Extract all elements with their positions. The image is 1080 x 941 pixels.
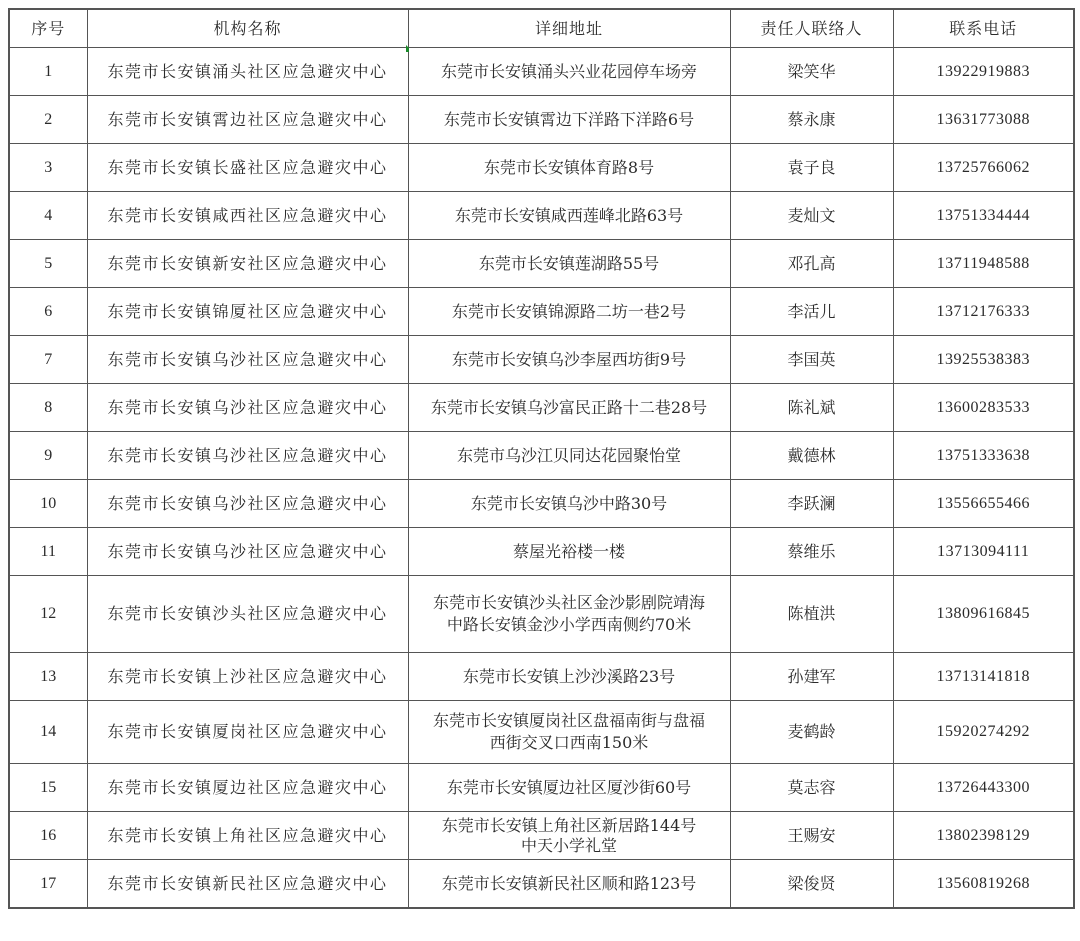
cell-org: 东莞市长安镇新民社区应急避灾中心 [87, 860, 408, 909]
cell-org: 东莞市长安镇新安社区应急避灾中心 [87, 240, 408, 288]
cell-address: 蔡屋光裕楼一楼 [408, 528, 730, 576]
table-row: 6 东莞市长安镇锦厦社区应急避灾中心 东莞市长安镇锦源路二坊一巷2号 李活儿 1… [9, 288, 1074, 336]
cell-corner-marker [406, 45, 413, 52]
cell-address: 东莞市长安镇沙头社区金沙影剧院靖海 中路长安镇金沙小学西南侧约70米 [408, 576, 730, 653]
cell-org: 东莞市长安镇乌沙社区应急避灾中心 [87, 336, 408, 384]
cell-phone: 13713141818 [893, 653, 1074, 701]
cell-phone: 13922919883 [893, 48, 1074, 96]
cell-address: 东莞市长安镇上角社区新居路144号 中天小学礼堂 [408, 812, 730, 860]
cell-person: 莫志容 [730, 764, 893, 812]
header-phone: 联系电话 [893, 9, 1074, 48]
header-org: 机构名称 [87, 9, 408, 48]
header-no: 序号 [9, 9, 87, 48]
table-row: 5 东莞市长安镇新安社区应急避灾中心 东莞市长安镇莲湖路55号 邓孔高 1371… [9, 240, 1074, 288]
cell-org: 东莞市长安镇霄边社区应急避灾中心 [87, 96, 408, 144]
table-row: 16 东莞市长安镇上角社区应急避灾中心 东莞市长安镇上角社区新居路144号 中天… [9, 812, 1074, 860]
cell-no: 14 [9, 701, 87, 764]
cell-address: 东莞市长安镇锦源路二坊一巷2号 [408, 288, 730, 336]
cell-person: 袁子良 [730, 144, 893, 192]
table-row: 8 东莞市长安镇乌沙社区应急避灾中心 东莞市长安镇乌沙富民正路十二巷28号 陈礼… [9, 384, 1074, 432]
cell-person: 麦鹤龄 [730, 701, 893, 764]
table-row: 4 东莞市长安镇咸西社区应急避灾中心 东莞市长安镇咸西莲峰北路63号 麦灿文 1… [9, 192, 1074, 240]
cell-org: 东莞市长安镇乌沙社区应急避灾中心 [87, 528, 408, 576]
cell-person: 王赐安 [730, 812, 893, 860]
cell-person: 孙建军 [730, 653, 893, 701]
cell-no: 12 [9, 576, 87, 653]
cell-phone: 13600283533 [893, 384, 1074, 432]
cell-org: 东莞市长安镇上角社区应急避灾中心 [87, 812, 408, 860]
cell-address: 东莞市长安镇莲湖路55号 [408, 240, 730, 288]
cell-org: 东莞市长安镇长盛社区应急避灾中心 [87, 144, 408, 192]
shelter-contact-table: 序号 机构名称 详细地址 责任人联络人 联系电话 1 东莞市长安镇涌头社区应急避… [8, 8, 1075, 909]
cell-org: 东莞市长安镇沙头社区应急避灾中心 [87, 576, 408, 653]
cell-org: 东莞市长安镇乌沙社区应急避灾中心 [87, 480, 408, 528]
cell-no: 13 [9, 653, 87, 701]
address-line-1: 东莞市长安镇上角社区新居路144号 [413, 816, 726, 836]
cell-phone: 13712176333 [893, 288, 1074, 336]
cell-person: 李国英 [730, 336, 893, 384]
cell-person: 戴德林 [730, 432, 893, 480]
cell-no: 2 [9, 96, 87, 144]
cell-person: 麦灿文 [730, 192, 893, 240]
cell-phone: 13802398129 [893, 812, 1074, 860]
cell-phone: 13751333638 [893, 432, 1074, 480]
cell-person: 蔡永康 [730, 96, 893, 144]
cell-address: 东莞市长安镇新民社区顺和路123号 [408, 860, 730, 909]
table-row: 13 东莞市长安镇上沙社区应急避灾中心 东莞市长安镇上沙沙溪路23号 孙建军 1… [9, 653, 1074, 701]
cell-address: 东莞市长安镇乌沙李屋西坊街9号 [408, 336, 730, 384]
address-line-1: 东莞市长安镇厦岗社区盘福南街与盘福 [413, 710, 726, 732]
cell-no: 17 [9, 860, 87, 909]
cell-phone: 13560819268 [893, 860, 1074, 909]
cell-phone: 13631773088 [893, 96, 1074, 144]
header-person: 责任人联络人 [730, 9, 893, 48]
cell-no: 10 [9, 480, 87, 528]
cell-phone: 13713094111 [893, 528, 1074, 576]
table-row: 17 东莞市长安镇新民社区应急避灾中心 东莞市长安镇新民社区顺和路123号 梁俊… [9, 860, 1074, 909]
cell-address: 东莞市长安镇厦岗社区盘福南街与盘福 西街交叉口西南150米 [408, 701, 730, 764]
table-row: 14 东莞市长安镇厦岗社区应急避灾中心 东莞市长安镇厦岗社区盘福南街与盘福 西街… [9, 701, 1074, 764]
cell-no: 7 [9, 336, 87, 384]
address-line-1: 东莞市长安镇沙头社区金沙影剧院靖海 [413, 592, 726, 614]
address-line-2: 中路长安镇金沙小学西南侧约70米 [413, 614, 726, 636]
table-row: 7 东莞市长安镇乌沙社区应急避灾中心 东莞市长安镇乌沙李屋西坊街9号 李国英 1… [9, 336, 1074, 384]
table-row: 3 东莞市长安镇长盛社区应急避灾中心 东莞市长安镇体育路8号 袁子良 13725… [9, 144, 1074, 192]
cell-no: 8 [9, 384, 87, 432]
cell-no: 9 [9, 432, 87, 480]
cell-no: 3 [9, 144, 87, 192]
cell-address: 东莞市长安镇乌沙富民正路十二巷28号 [408, 384, 730, 432]
cell-phone: 13711948588 [893, 240, 1074, 288]
cell-no: 11 [9, 528, 87, 576]
cell-no: 5 [9, 240, 87, 288]
cell-address: 东莞市长安镇乌沙中路30号 [408, 480, 730, 528]
table-row: 15 东莞市长安镇厦边社区应急避灾中心 东莞市长安镇厦边社区厦沙街60号 莫志容… [9, 764, 1074, 812]
cell-person: 邓孔高 [730, 240, 893, 288]
cell-person: 梁笑华 [730, 48, 893, 96]
cell-org: 东莞市长安镇乌沙社区应急避灾中心 [87, 432, 408, 480]
cell-address: 东莞市长安镇体育路8号 [408, 144, 730, 192]
cell-org: 东莞市长安镇锦厦社区应急避灾中心 [87, 288, 408, 336]
table-header-row: 序号 机构名称 详细地址 责任人联络人 联系电话 [9, 9, 1074, 48]
cell-phone: 13556655466 [893, 480, 1074, 528]
cell-no: 4 [9, 192, 87, 240]
cell-address: 东莞市长安镇涌头兴业花园停车场旁 [408, 48, 730, 96]
address-line-2: 中天小学礼堂 [413, 836, 726, 856]
cell-phone: 13751334444 [893, 192, 1074, 240]
cell-org: 东莞市长安镇乌沙社区应急避灾中心 [87, 384, 408, 432]
cell-phone: 15920274292 [893, 701, 1074, 764]
cell-org: 东莞市长安镇上沙社区应急避灾中心 [87, 653, 408, 701]
cell-org: 东莞市长安镇厦边社区应急避灾中心 [87, 764, 408, 812]
cell-address: 东莞市长安镇上沙沙溪路23号 [408, 653, 730, 701]
table-row: 2 东莞市长安镇霄边社区应急避灾中心 东莞市长安镇霄边下洋路下洋路6号 蔡永康 … [9, 96, 1074, 144]
cell-phone: 13725766062 [893, 144, 1074, 192]
table-row: 11 东莞市长安镇乌沙社区应急避灾中心 蔡屋光裕楼一楼 蔡维乐 13713094… [9, 528, 1074, 576]
cell-no: 6 [9, 288, 87, 336]
header-address: 详细地址 [408, 9, 730, 48]
table-row: 1 东莞市长安镇涌头社区应急避灾中心 东莞市长安镇涌头兴业花园停车场旁 梁笑华 … [9, 48, 1074, 96]
cell-no: 1 [9, 48, 87, 96]
table-row: 9 东莞市长安镇乌沙社区应急避灾中心 东莞市乌沙江贝同达花园聚怡堂 戴德林 13… [9, 432, 1074, 480]
cell-person: 李跃澜 [730, 480, 893, 528]
table-row: 10 东莞市长安镇乌沙社区应急避灾中心 东莞市长安镇乌沙中路30号 李跃澜 13… [9, 480, 1074, 528]
cell-org: 东莞市长安镇涌头社区应急避灾中心 [87, 48, 408, 96]
cell-person: 李活儿 [730, 288, 893, 336]
cell-address: 东莞市长安镇咸西莲峰北路63号 [408, 192, 730, 240]
cell-person: 陈植洪 [730, 576, 893, 653]
cell-address: 东莞市长安镇厦边社区厦沙街60号 [408, 764, 730, 812]
cell-no: 15 [9, 764, 87, 812]
cell-phone: 13925538383 [893, 336, 1074, 384]
cell-phone: 13726443300 [893, 764, 1074, 812]
cell-no: 16 [9, 812, 87, 860]
cell-org: 东莞市长安镇厦岗社区应急避灾中心 [87, 701, 408, 764]
cell-address: 东莞市长安镇霄边下洋路下洋路6号 [408, 96, 730, 144]
cell-person: 蔡维乐 [730, 528, 893, 576]
cell-person: 陈礼斌 [730, 384, 893, 432]
address-line-2: 西街交叉口西南150米 [413, 732, 726, 754]
cell-phone: 13809616845 [893, 576, 1074, 653]
cell-address: 东莞市乌沙江贝同达花园聚怡堂 [408, 432, 730, 480]
cell-person: 梁俊贤 [730, 860, 893, 909]
table-row: 12 东莞市长安镇沙头社区应急避灾中心 东莞市长安镇沙头社区金沙影剧院靖海 中路… [9, 576, 1074, 653]
cell-org: 东莞市长安镇咸西社区应急避灾中心 [87, 192, 408, 240]
